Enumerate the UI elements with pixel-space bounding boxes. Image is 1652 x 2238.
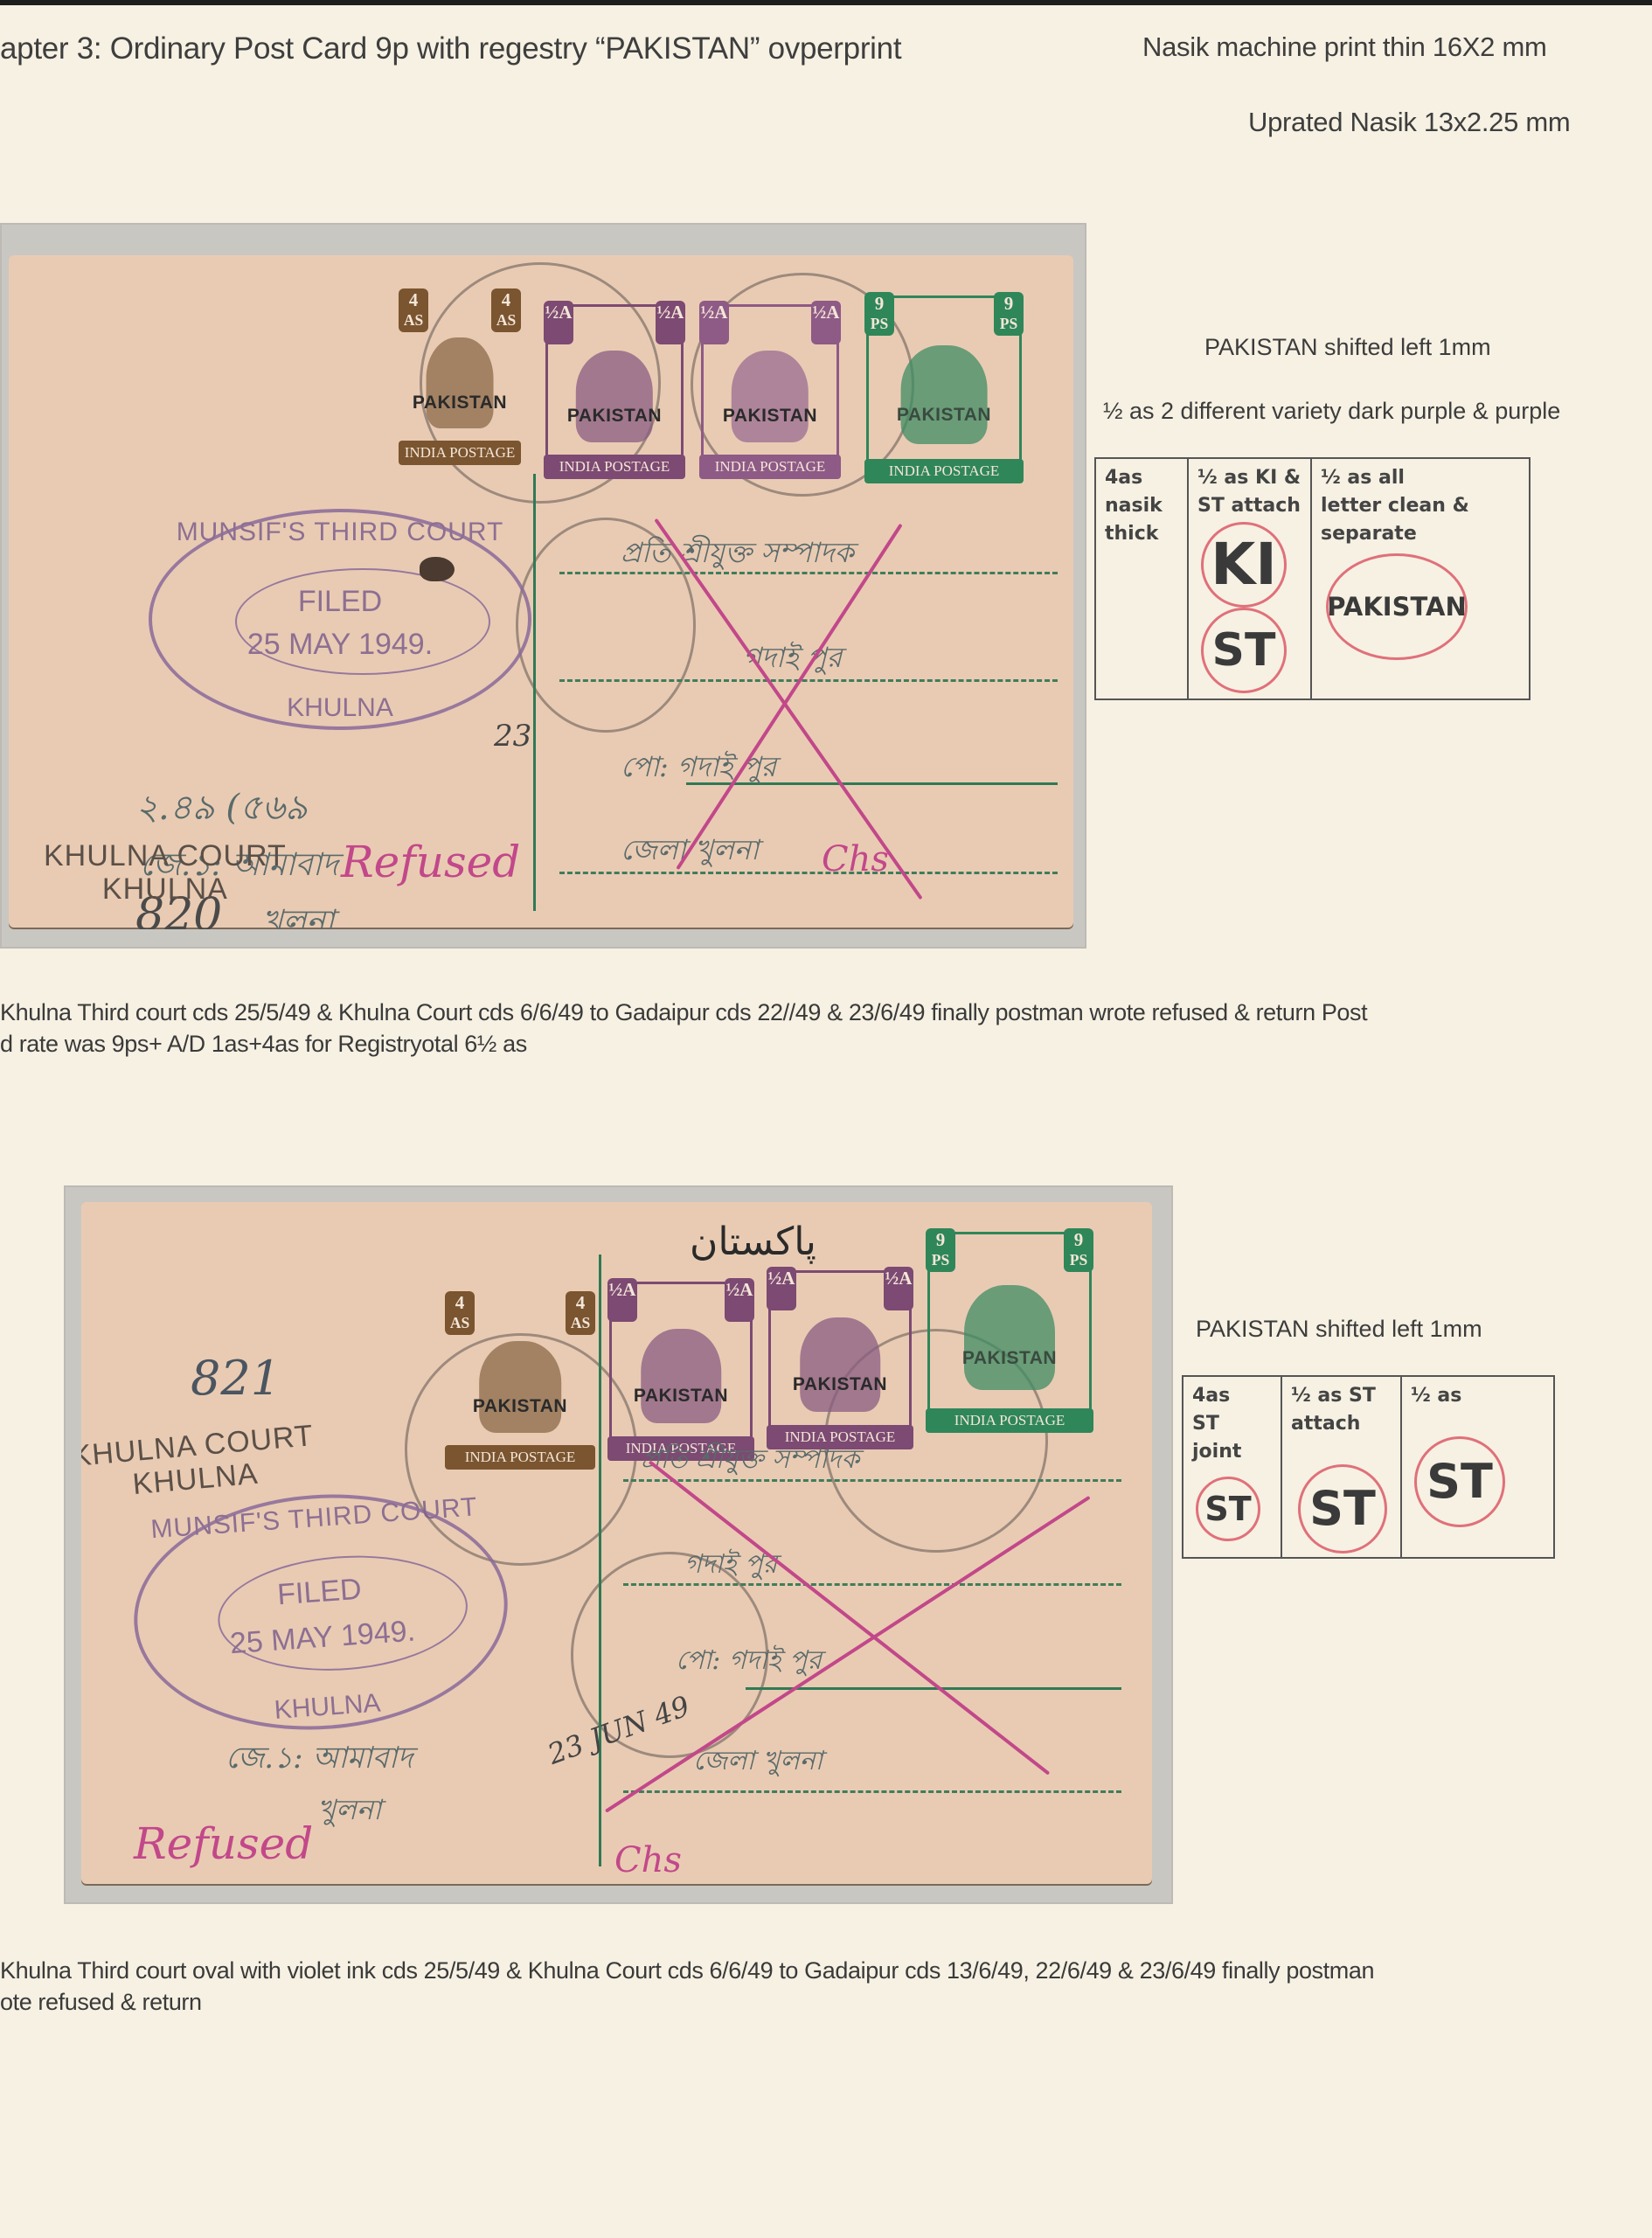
overprint: PAKISTAN bbox=[922, 1348, 1097, 1369]
postmark-date: 23 bbox=[494, 719, 531, 754]
card1-note-shift: PAKISTAN shifted left 1mm bbox=[1204, 334, 1491, 361]
overprint: PAKISTAN bbox=[696, 406, 844, 427]
card1-variety-table: 4as nasik thick ½ as KI & ST attach KI S… bbox=[1094, 457, 1531, 700]
card1-caption: Khulna Third court cds 25/5/49 & Khulna … bbox=[0, 997, 1367, 1060]
card2-variety-table: 4as ST joint ST ½ as ST attach ST ½ as S… bbox=[1182, 1375, 1555, 1559]
handwriting: খুলনা bbox=[317, 1788, 381, 1835]
st-circle: ST bbox=[1201, 608, 1287, 693]
address-handwriting: প্রতি শ্রীযুক্ত সম্পাদক bbox=[641, 1438, 859, 1483]
postcard-1: 4AS 4AS PAKISTAN INDIA POSTAGE ½A ½A PAK… bbox=[9, 255, 1073, 929]
address-divider bbox=[599, 1255, 601, 1866]
table-cell: ½ as KI & ST attach KI ST bbox=[1189, 459, 1312, 699]
print-note-1: Nasik machine print thin 16X2 mm bbox=[1142, 31, 1546, 63]
munsif-court-cachet: MUNSIF'S THIRD COURT FILED 25 MAY 1949. … bbox=[149, 509, 531, 730]
munsif-court-cachet: MUNSIF'S THIRD COURT FILED 25 MAY 1949. … bbox=[126, 1482, 516, 1741]
overprint: PAKISTAN bbox=[441, 1396, 599, 1417]
refused-annotation: Refused bbox=[134, 1818, 313, 1869]
address-handwriting: পো: গদাই পুর bbox=[676, 1639, 822, 1684]
stamp-9ps-imprinted: 9PS 9PS PAKISTAN INDIA POSTAGE bbox=[861, 290, 1027, 487]
stamp-half-anna: ½A ½A PAKISTAN INDIA POSTAGE bbox=[763, 1265, 917, 1453]
handwriting: জে.১: আমাবাদ bbox=[226, 1735, 413, 1785]
stamp-half-anna: ½A ½A PAKISTAN INDIA POSTAGE bbox=[604, 1276, 758, 1464]
scan-edge bbox=[0, 0, 1652, 5]
page-title: apter 3: Ordinary Post Card 9p with rege… bbox=[0, 31, 901, 66]
table-cell: ½ as all letter clean & separate PAKISTA… bbox=[1312, 459, 1529, 699]
card1-note-variety: ½ as 2 different variety dark purple & p… bbox=[1103, 398, 1560, 425]
table-cell: 4as ST joint ST bbox=[1183, 1377, 1282, 1557]
refused-annotation: Refused bbox=[341, 837, 520, 887]
postman-signature: Chs bbox=[614, 1840, 682, 1880]
overprint: PAKISTAN bbox=[763, 1374, 917, 1395]
ink-spot bbox=[420, 557, 455, 581]
st-circle: ST bbox=[1196, 1477, 1260, 1541]
st-circle: ST bbox=[1298, 1464, 1387, 1553]
card2-note-shift: PAKISTAN shifted left 1mm bbox=[1196, 1316, 1482, 1343]
address-handwriting: গদাই পুর bbox=[743, 636, 842, 683]
urdu-pakistan-overprint: پاکستان bbox=[690, 1220, 816, 1264]
postman-signature: Chs bbox=[822, 839, 889, 879]
stamp-half-anna: ½A ½A PAKISTAN INDIA POSTAGE bbox=[696, 299, 844, 483]
print-note-2: Uprated Nasik 13x2.25 mm bbox=[1248, 107, 1570, 138]
handwriting: ২.৪৯ (৫৬৯ bbox=[135, 780, 308, 838]
address-divider bbox=[533, 474, 536, 911]
khulna-court-stamp: KHULNA COURTKHULNA bbox=[81, 1419, 318, 1506]
khulna-court-stamp: KHULNA COURTKHULNA bbox=[44, 839, 287, 906]
st-circle: ST bbox=[1414, 1436, 1505, 1527]
overprint: PAKISTAN bbox=[395, 393, 524, 414]
address-handwriting: প্রতি শ্রীযুক্ত সম্পাদক bbox=[621, 531, 854, 578]
stamp-9ps-imprinted: 9PS 9PS PAKISTAN INDIA POSTAGE bbox=[922, 1227, 1097, 1436]
ki-circle: KI bbox=[1201, 522, 1287, 608]
table-cell: ½ as ST attach ST bbox=[1282, 1377, 1402, 1557]
overprint: PAKISTAN bbox=[604, 1386, 758, 1407]
stamp-4as: 4AS 4AS PAKISTAN INDIA POSTAGE bbox=[441, 1289, 599, 1473]
card2-caption: Khulna Third court oval with violet ink … bbox=[0, 1955, 1374, 2018]
overprint: PAKISTAN bbox=[540, 406, 689, 427]
address-line bbox=[746, 1687, 1121, 1690]
overprint: PAKISTAN bbox=[861, 405, 1027, 426]
stamp-4as: 4AS 4AS PAKISTAN INDIA POSTAGE bbox=[395, 287, 524, 469]
table-cell: ½ as ST bbox=[1402, 1377, 1553, 1557]
stamp-half-anna: ½A ½A PAKISTAN INDIA POSTAGE bbox=[540, 299, 689, 483]
handwritten-number: 821 bbox=[191, 1351, 281, 1406]
address-line bbox=[623, 1790, 1121, 1793]
postcard-2: پاکستان 4AS 4AS PAKISTAN INDIA POSTAGE ½… bbox=[81, 1202, 1152, 1886]
pakistan-circle: PAKISTAN bbox=[1326, 553, 1468, 660]
address-handwriting: জেলা খুলনা bbox=[693, 1740, 823, 1784]
table-cell: 4as nasik thick bbox=[1096, 459, 1189, 699]
